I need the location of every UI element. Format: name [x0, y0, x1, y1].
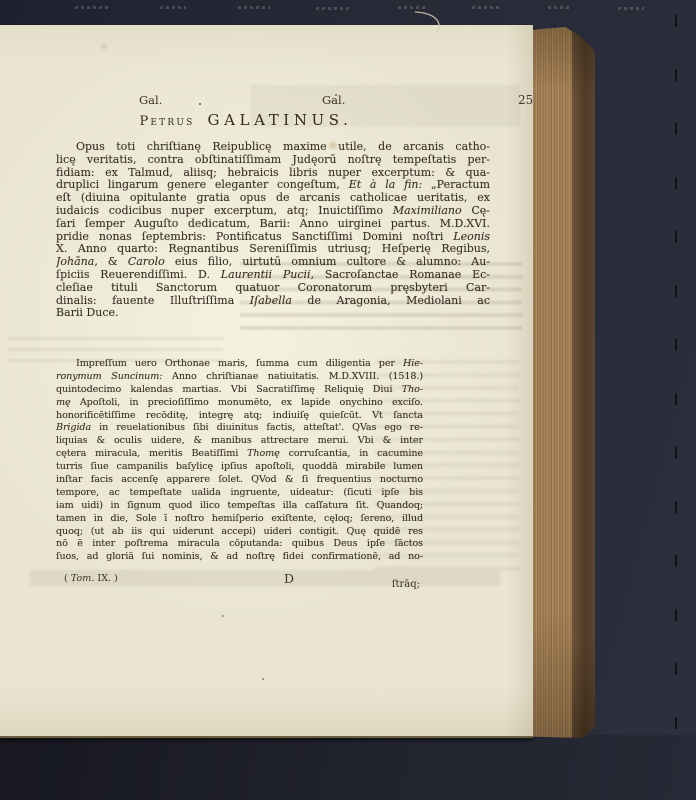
film-mark: [472, 6, 502, 9]
film-mark: [618, 7, 644, 10]
fore-edge-pages: [533, 27, 572, 738]
catchword: ſtrāq;: [392, 579, 420, 590]
text-line: quintodecimo kalendas martias. Vbi Sacra…: [56, 384, 423, 397]
text-line: eſt (diuina opitulante gratia opus de ar…: [56, 192, 490, 205]
text-line: liquias & oculis uidere, & manibus attre…: [56, 435, 423, 448]
scan-background: Gal. Gal. 25 Petrus GALATINUS. Opus toti…: [0, 0, 696, 800]
text-line: ſari ſemper Auguſto dedicatum, Barii: An…: [56, 218, 490, 231]
book-page: Gal. Gal. 25 Petrus GALATINUS. Opus toti…: [0, 25, 533, 738]
text-line: mę Apoſtoli, in precioſiſſimo monumēto, …: [56, 397, 423, 410]
title-name: GALATINUS.: [208, 111, 353, 129]
book-fore-edge: [533, 27, 595, 738]
text-line: ſpiciis Reuerendiſſimi. D. Laurentii Puc…: [56, 269, 490, 282]
text-line: honorificētiſſime recōditę, integrę atq;…: [56, 410, 423, 423]
paper-stain: [101, 44, 107, 49]
paper-speck: [335, 94, 337, 96]
text-line: inſtar facis accenſę apparere ſolet. QVo…: [56, 474, 423, 487]
text-line: Johāna, & Carolo eius filio, uirtutū omn…: [56, 256, 490, 269]
title-author: Petrus: [139, 114, 194, 129]
text-line: dinalis: fauente Illuſtriſſima Iſabella …: [56, 295, 490, 308]
text-line: iudaicis codicibus nuper excerptum, atq;…: [56, 205, 490, 218]
paper-speck: [262, 678, 264, 680]
volume-signature: ( Tom. IX. ): [64, 573, 118, 584]
film-mark: [548, 6, 572, 9]
text-line: iam uidi) in ſignum quod ilico tempeſtas…: [56, 500, 423, 513]
film-mark: [316, 7, 352, 10]
text-line: nō ē inter poſtrema miracula cōputanda: …: [56, 538, 423, 551]
background-shadow: [0, 735, 696, 800]
film-mark: [160, 6, 186, 9]
text-line: licę veritatis, contra obſtinatiſſimam J…: [56, 154, 490, 167]
fore-edge-shadow: [572, 27, 595, 738]
hair-fibre: [405, 3, 455, 43]
chapter-title: Petrus GALATINUS.: [56, 111, 436, 133]
page-number: 25: [518, 93, 533, 107]
text-line: tempore, ac tempeſtate ualida ingruente,…: [56, 487, 423, 500]
film-mark: [75, 6, 109, 9]
text-line: quoq; (ut ab iis qui uiderunt accepi) ui…: [56, 526, 423, 539]
paper-speck: [199, 103, 201, 105]
text-line: fidiam: ex Talmud, aliisq; hebraicis lib…: [56, 167, 490, 180]
text-line: Opus toti chriſtianę Reipublicę maxime u…: [56, 141, 490, 154]
paper-stain: [329, 142, 337, 149]
paper-speck: [222, 615, 224, 617]
running-head: Gal. Gal. 25: [0, 93, 533, 109]
text-line: Impreſſum uero Orthonae maris, ſumma cum…: [56, 358, 423, 371]
running-head-right: Gal.: [322, 93, 345, 107]
text-line: X. Anno quarto: Regnantibus Sereniſſimis…: [56, 243, 490, 256]
text-line: tamen in die, Sole ī noſtro hemiſperio e…: [56, 513, 423, 526]
text-line: pridie nonas ſeptembris: Pontificatus Sa…: [56, 231, 490, 244]
text-line: ronymum Suncinum: Anno chriſtianae natiu…: [56, 371, 423, 384]
page-footer: ( Tom. IX. ) D ſtrāq;: [56, 571, 490, 597]
gathering-signature: D: [284, 571, 294, 586]
paragraph-2: Impreſſum uero Orthonae maris, ſumma cum…: [56, 358, 423, 564]
running-head-left: Gal.: [139, 93, 162, 107]
text-line: ſuos, ad gloriā ſui nominis, & ad noſtrę…: [56, 551, 423, 564]
text-line: turris ſiue campanilis baſylicę ipſius a…: [56, 461, 423, 474]
text-line: druplici lingarum genere eleganter conge…: [56, 179, 490, 192]
text-line: cleſiae tituli Sanctorum quatuor Coronat…: [56, 282, 490, 295]
text-line: Brigida in reuelationibus ſibi diuinitus…: [56, 422, 423, 435]
text-line: Barii Duce.: [56, 307, 490, 320]
text-line: cętera miracula, meritis Beatiſſimi Thom…: [56, 448, 423, 461]
film-edge-dashes: [675, 15, 677, 777]
paragraph-1: Opus toti chriſtianę Reipublicę maxime u…: [56, 141, 490, 320]
film-mark: [238, 6, 270, 9]
